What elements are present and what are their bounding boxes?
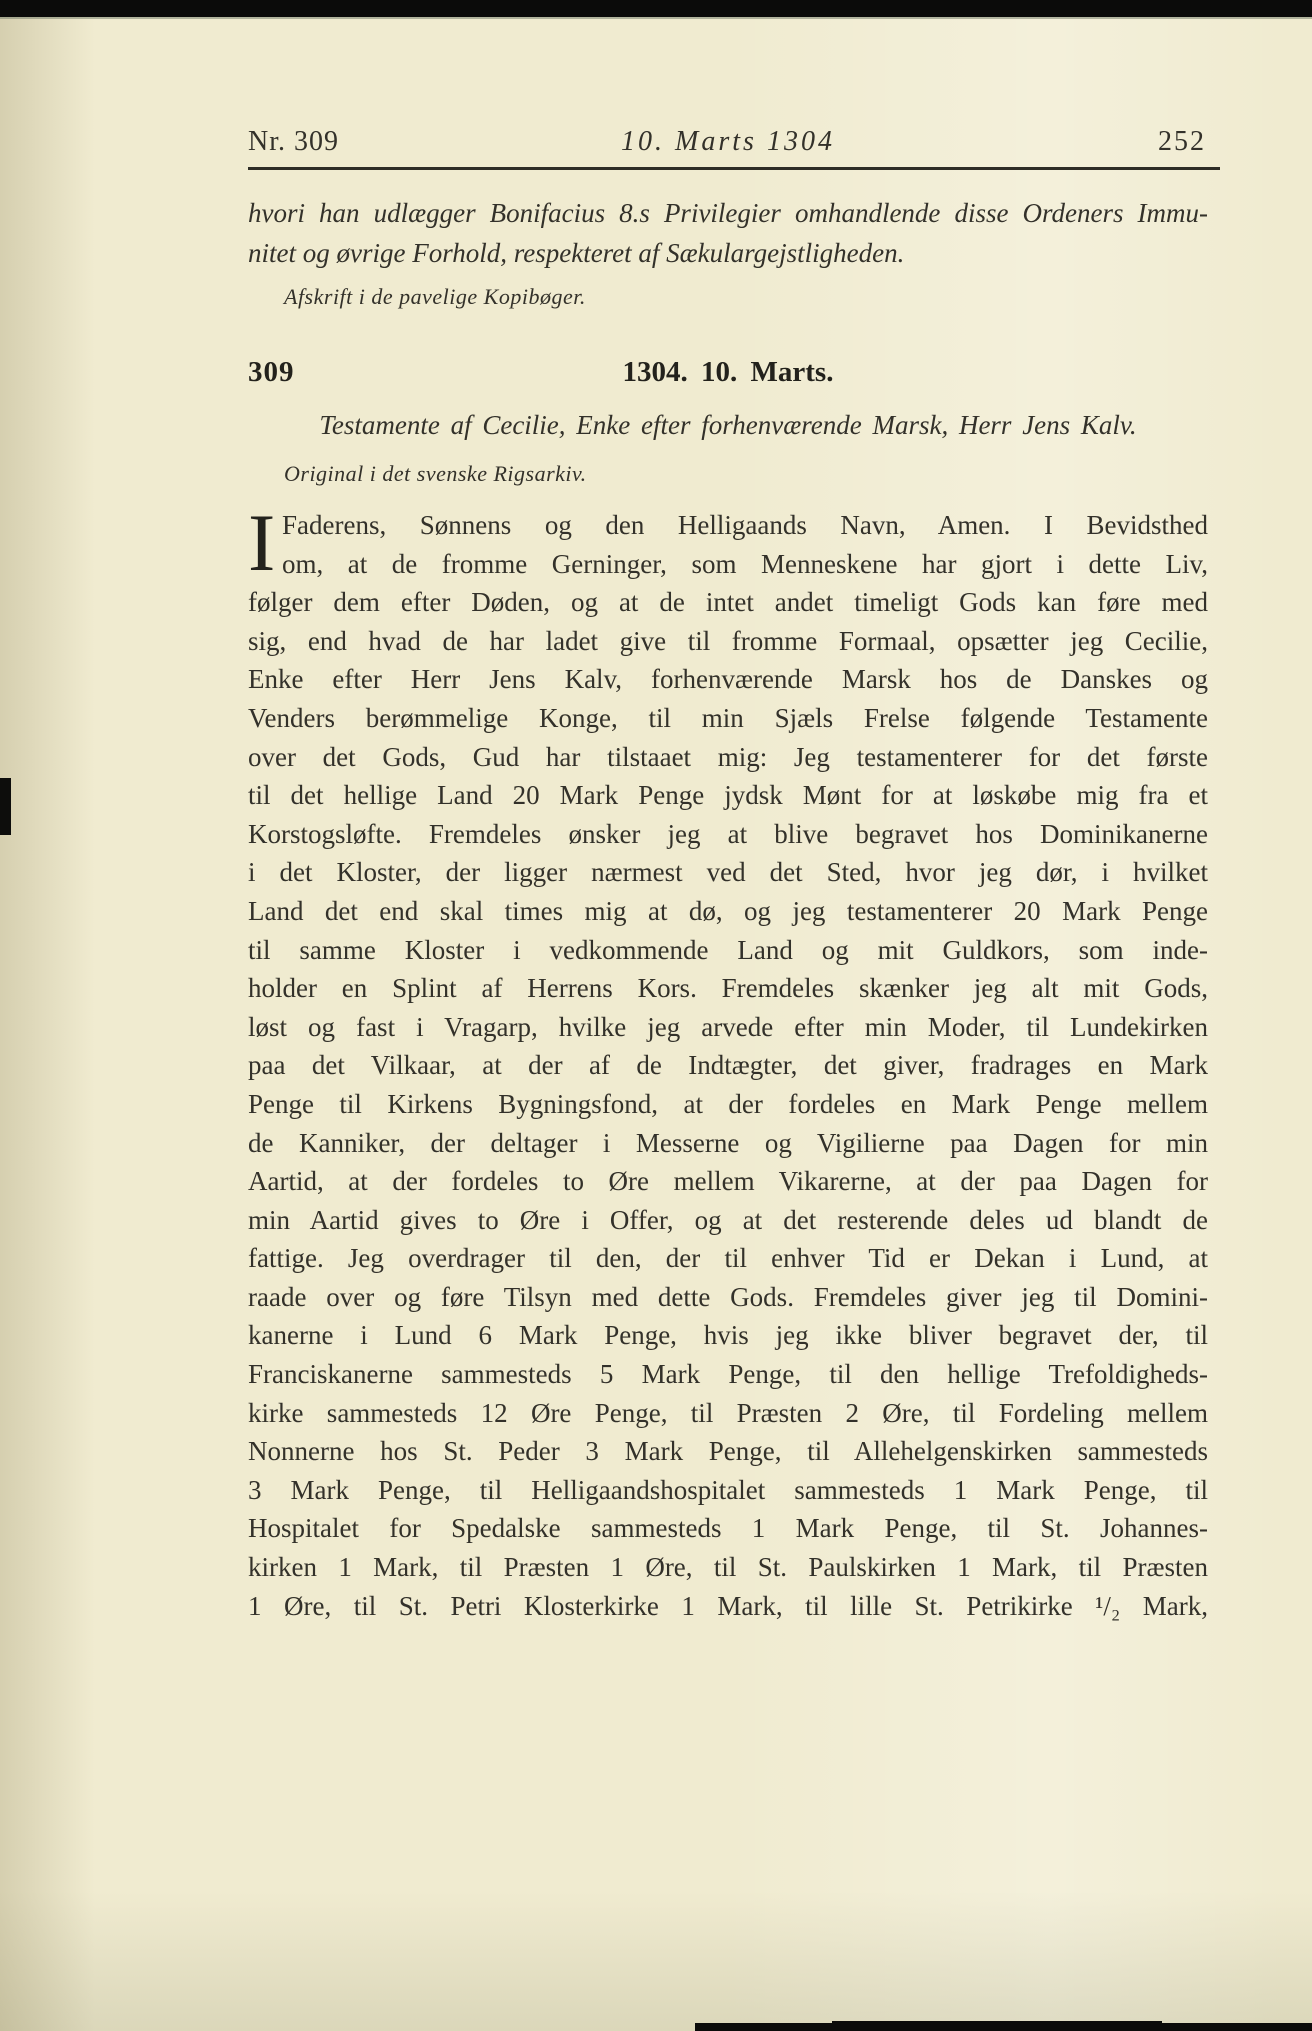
regest-line: nitet og øvrige Forhold, respekteret af … (248, 233, 1208, 273)
scanned-book-page: Nr. 309 10. Marts 1304 252 hvori han udl… (0, 0, 1312, 2031)
header-rule (248, 167, 1220, 170)
body-line: til det hellige Land 20 Mark Penge jydsk… (248, 776, 1208, 815)
body-line: 1 Øre, til St. Petri Klosterkirke 1 Mark… (248, 1587, 1208, 1626)
source-note-papal-registers: Afskrift i de pavelige Kopibøger. (248, 284, 1244, 310)
body-line: Franciskanerne sammesteds 5 Mark Penge, … (248, 1355, 1208, 1394)
entry-heading: 309 1304. 10. Marts. (248, 356, 1208, 394)
body-line: i det Kloster, der ligger nærmest ved de… (248, 853, 1208, 892)
scan-left-edge-mark (0, 778, 11, 835)
body-line: sig, end hvad de har ladet give til from… (248, 622, 1208, 661)
body-line: de Kanniker, der deltager i Messerne og … (248, 1124, 1208, 1163)
source-note-swedish-archive: Original i det svenske Rigsarkiv. (248, 461, 1244, 487)
body-line: Korstogsløfte. Fremdeles ønsker jeg at b… (248, 815, 1208, 854)
page-number: 252 (1158, 126, 1206, 158)
body-line: løst og fast i Vragarp, hvilke jeg arved… (248, 1008, 1208, 1047)
body-line: følger dem efter Døden, og at de intet a… (248, 583, 1208, 622)
body-line: kirken 1 Mark, til Præsten 1 Øre, til St… (248, 1548, 1208, 1587)
running-head-date: 10. Marts 1304 (248, 126, 1208, 158)
drop-cap: I (248, 507, 275, 579)
body-line: Venders berømmelige Konge, til min Sjæls… (248, 699, 1208, 738)
body-paragraph: I Faderens, Sønnens og den Helligaands N… (248, 506, 1208, 1625)
body-line: min Aartid gives to Øre i Offer, og at d… (248, 1201, 1208, 1240)
body-line: 3 Mark Penge, til Helligaandshospitalet … (248, 1471, 1208, 1510)
body-line: om, at de fromme Gerninger, som Menneske… (248, 545, 1208, 584)
body-line: Nonnerne hos St. Peder 3 Mark Penge, til… (248, 1432, 1208, 1471)
body-line: kirke sammesteds 12 Øre Penge, til Præst… (248, 1394, 1208, 1433)
body-line: Faderens, Sønnens og den Helligaands Nav… (248, 506, 1208, 545)
scan-bottom-black-bar-step (832, 2021, 1162, 2025)
body-line: Land det end skal times mig at dø, og je… (248, 892, 1208, 931)
body-line: Penge til Kirkens Bygningsfond, at der f… (248, 1085, 1208, 1124)
body-line: Aartid, at der fordeles to Øre mellem Vi… (248, 1162, 1208, 1201)
body-line: holder en Splint af Herrens Kors. Fremde… (248, 969, 1208, 1008)
body-line: fattige. Jeg overdrager til den, der til… (248, 1239, 1208, 1278)
body-line: til samme Kloster i vedkommende Land og … (248, 931, 1208, 970)
body-line: raade over og føre Tilsyn med dette Gods… (248, 1278, 1208, 1317)
body-line: paa det Vilkaar, at der af de Indtægter,… (248, 1046, 1208, 1085)
regest-paragraph: hvori han udlægger Bonifacius 8.s Privil… (248, 193, 1208, 273)
scan-top-black-bar (0, 0, 1312, 17)
body-line: kanerne i Lund 6 Mark Penge, hvis jeg ik… (248, 1316, 1208, 1355)
entry-date: 1304. 10. Marts. (248, 356, 1208, 389)
body-line: over det Gods, Gud har tilstaaet mig: Je… (248, 738, 1208, 777)
regest-line: hvori han udlægger Bonifacius 8.s Privil… (248, 193, 1208, 233)
body-line: Enke efter Herr Jens Kalv, forhenværende… (248, 660, 1208, 699)
entry-title: Testamente af Cecilie, Enke efter forhen… (248, 410, 1208, 441)
body-line: Hospitalet for Spedalske sammesteds 1 Ma… (248, 1509, 1208, 1548)
running-header: Nr. 309 10. Marts 1304 252 (248, 126, 1208, 162)
